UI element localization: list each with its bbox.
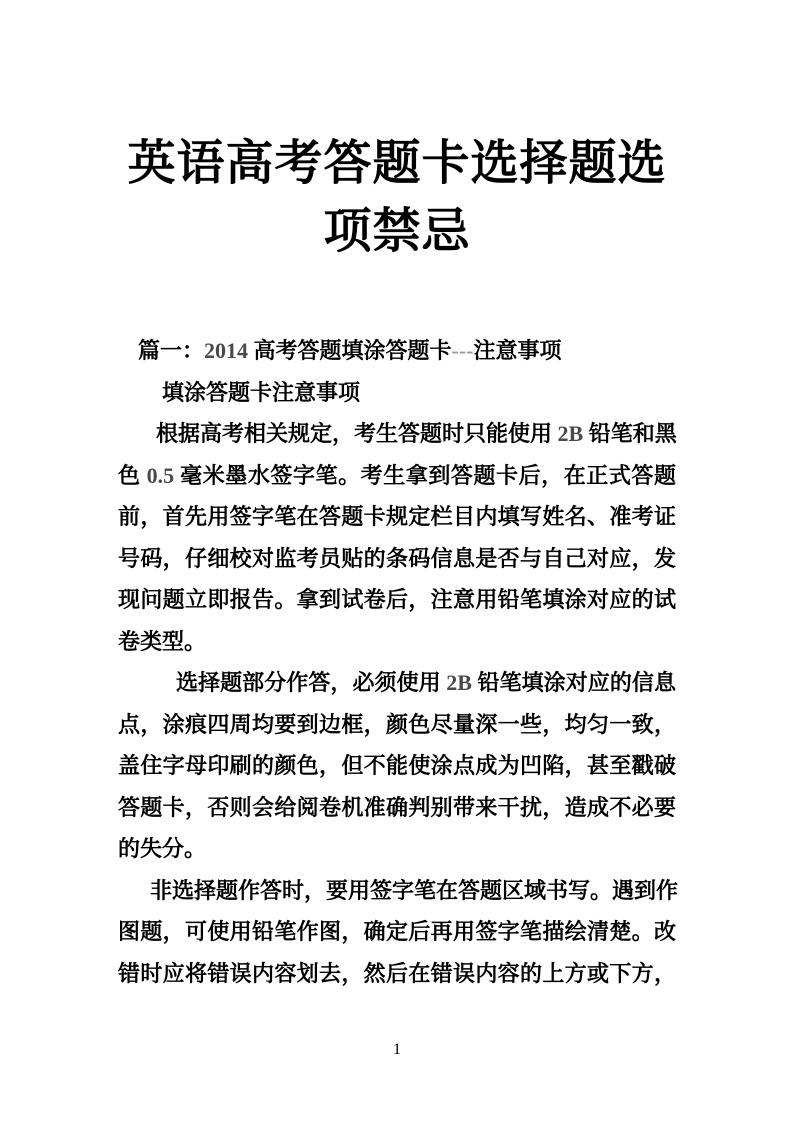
paragraph-3-line-3: 前，首先用签字笔在答题卡规定栏目内填写姓名、准考证 xyxy=(118,496,676,538)
paragraph-3-line-5: 现问题立即报告。拿到试卷后，注意用铅笔填涂对应的试 xyxy=(118,579,676,621)
p3-l1-text2: 铅笔和黑 xyxy=(583,421,677,446)
paragraph-3-line-2: 色 0.5 毫米墨水签字笔。考生拿到答题卡后，在正式答题 xyxy=(118,455,676,497)
title-line-1: 英语高考答题卡选择题选 xyxy=(0,130,794,198)
p1-year: 2014 xyxy=(204,338,248,363)
paragraph-4-line-5: 的失分。 xyxy=(118,828,676,870)
p4-l1-text2: 铅笔填涂对应的信息 xyxy=(472,670,676,695)
document-body: 篇一：2014 高考答题填涂答题卡---注意事项 填涂答题卡注意事项 根据高考相… xyxy=(118,330,676,994)
p1-pre: 篇一： xyxy=(138,338,204,363)
document-title: 英语高考答题卡选择题选 项禁忌 xyxy=(0,130,794,266)
paragraph-5-line-1: 非选择题作答时，要用签字笔在答题区域书写。遇到作 xyxy=(118,870,676,912)
paragraph-4-line-2: 点，涂痕四周均要到边框，颜色尽量深一些，均匀一致， xyxy=(118,704,676,746)
p3-l1-num: 2B xyxy=(558,421,584,446)
title-line-2: 项禁忌 xyxy=(0,198,794,266)
p3-l2-text: 色 xyxy=(118,463,147,488)
p1-dashes: --- xyxy=(452,338,474,363)
paragraph-3-line-4: 号码，仔细校对监考员贴的条码信息是否与自己对应，发 xyxy=(118,538,676,580)
paragraph-4-line-4: 答题卡，否则会给阅卷机准确判别带来干扰，造成不必要 xyxy=(118,787,676,829)
paragraph-3-line-6: 卷类型。 xyxy=(118,621,676,663)
p1-post: 注意事项 xyxy=(474,338,562,363)
paragraph-1-heading: 篇一：2014 高考答题填涂答题卡---注意事项 xyxy=(118,330,676,372)
page-number: 1 xyxy=(0,1040,794,1060)
paragraph-3-line-1: 根据高考相关规定，考生答题时只能使用 2B 铅笔和黑 xyxy=(118,413,676,455)
paragraph-4-line-1: 选择题部分作答，必须使用 2B 铅笔填涂对应的信息 xyxy=(118,662,676,704)
document-page: 英语高考答题卡选择题选 项禁忌 篇一：2014 高考答题填涂答题卡---注意事项… xyxy=(0,0,794,1123)
p4-l1-text: 选择题部分作答，必须使用 xyxy=(176,670,446,695)
p3-l2-num: 0.5 xyxy=(147,463,175,488)
p3-l2-text2: 毫米墨水签字笔。考生拿到答题卡后，在正式答题 xyxy=(174,463,676,488)
paragraph-5-line-2: 图题，可使用铅笔作图，确定后再用签字笔描绘清楚。改 xyxy=(118,911,676,953)
p3-l1-text: 根据高考相关规定，考生答题时只能使用 xyxy=(156,421,558,446)
paragraph-4-line-3: 盖住字母印刷的颜色，但不能使涂点成为凹陷，甚至戳破 xyxy=(118,745,676,787)
paragraph-5-line-3: 错时应将错误内容划去，然后在错误内容的上方或下方， xyxy=(118,953,676,995)
paragraph-2-heading: 填涂答题卡注意事项 xyxy=(118,372,676,414)
p4-l1-num: 2B xyxy=(446,670,472,695)
p1-mid: 高考答题填涂答题卡 xyxy=(248,338,452,363)
